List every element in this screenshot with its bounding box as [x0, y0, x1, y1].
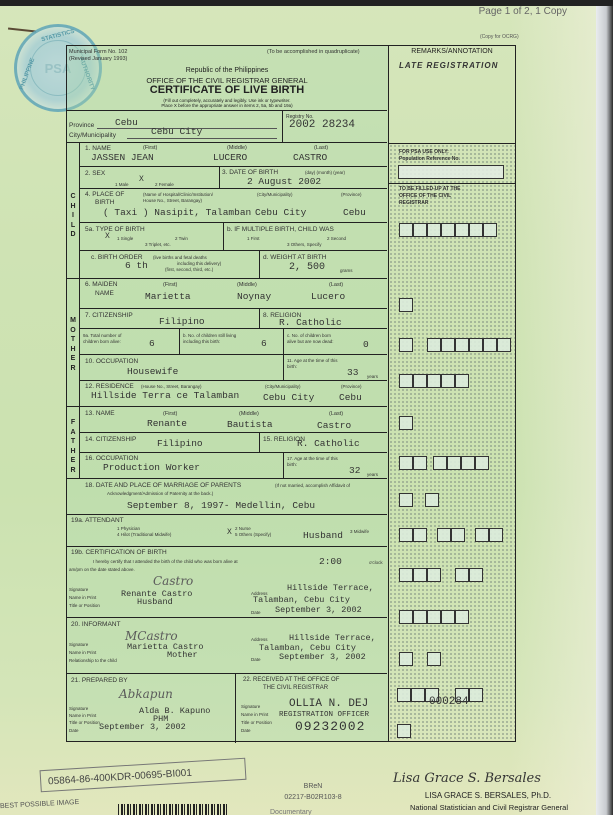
- psa-use-only-label: FOR PSA USE ONLY:: [399, 149, 449, 155]
- mother-last-name: Lucero: [311, 291, 345, 302]
- mother-occupation-label: 10. OCCUPATION: [85, 358, 138, 365]
- father-religion: R. Catholic: [297, 438, 360, 449]
- code-boxes: [397, 724, 411, 738]
- dead-label: c. No. of children born alive but are no…: [287, 333, 339, 345]
- pob-label: 4. PLACE OF: [85, 191, 124, 198]
- type-single: 1 Single: [117, 236, 133, 241]
- mother-residence-province: Cebu: [339, 392, 362, 403]
- copy-for-label: (Copy for OCRG): [480, 34, 519, 40]
- pob-label-2: BIRTH: [95, 199, 114, 206]
- residence-label: 12. RESIDENCE: [85, 383, 134, 390]
- attendant-others: 5 Others (Specify): [235, 532, 271, 537]
- middle-label: (Middle): [227, 145, 247, 151]
- pob-province-label: (Province): [341, 192, 362, 197]
- form-revised: (Revised January 1993): [69, 56, 127, 62]
- marriage-value: September 8, 1997- Medellin, Cebu: [127, 500, 315, 511]
- name-in-print-label: Name in Print: [69, 713, 96, 718]
- signature-label: Signature: [69, 706, 88, 711]
- informant-signature: MCastro: [125, 629, 178, 643]
- first-label: (First): [163, 411, 177, 417]
- mother-residence: Hillside Terra ce Talamban: [91, 390, 239, 401]
- certifier-signature: Castro: [153, 574, 193, 588]
- code-boxes: [399, 416, 413, 430]
- city-label: City/Municipality: [69, 132, 116, 139]
- multi-others: 3 Others, Specify: [287, 242, 322, 247]
- preparer-name: Alda B. Kapuno: [139, 706, 210, 716]
- mother-citizenship-label: 7. CITIZENSHIP: [85, 312, 133, 319]
- residence-sublabel: (House No., Street, Barangay): [141, 384, 202, 389]
- form-number: Municipal Form No. 102: [69, 49, 127, 55]
- code-boxes: [455, 568, 483, 582]
- father-first-name: Renante: [147, 418, 187, 429]
- fill-label-3: REGISTRAR: [399, 200, 428, 206]
- informant-address-1: Hillside Terrace,: [289, 633, 376, 643]
- informant-relationship: Mother: [167, 650, 198, 660]
- section-child-label: CHILD: [69, 192, 77, 240]
- code-boxes: [399, 568, 441, 582]
- residence-province-label: (Province): [341, 384, 362, 389]
- code-boxes: [399, 456, 427, 470]
- informant-label: 20. INFORMANT: [71, 621, 120, 628]
- date-label: Date: [241, 728, 251, 733]
- marriage-sublabel-2: Acknowledgment/Admission of Paternity at…: [107, 491, 213, 496]
- certifier-title: Husband: [137, 597, 173, 607]
- date-label: Date: [251, 657, 261, 662]
- sex-label: 2. SEX: [85, 170, 105, 177]
- pob-province: Cebu: [343, 207, 366, 218]
- father-occupation: Production Worker: [103, 462, 200, 473]
- certifier-address-2: Talamban, Cebu City: [253, 595, 350, 605]
- signature-label: Signature: [241, 704, 260, 709]
- certificate-form: Municipal Form No. 102 (Revised January …: [66, 45, 389, 742]
- province-value: Cebu: [115, 117, 138, 128]
- code-boxes: [475, 528, 503, 542]
- mother-age: 33: [347, 367, 358, 378]
- sex-mark: X: [139, 175, 144, 184]
- page-info: Page 1 of 2, 1 Copy: [479, 6, 567, 17]
- residence-city-label: (City/Municipality): [265, 384, 301, 389]
- province-label: Province: [69, 122, 94, 129]
- sex-female-option: 2 Female: [155, 182, 174, 187]
- birth-order-sub-1: (live births and fetal deaths: [153, 255, 207, 260]
- birth-order-sub-3: (first, second, third, etc.): [165, 267, 213, 272]
- relationship-label: Relationship to the child: [69, 658, 117, 663]
- code-boxes: [399, 652, 413, 666]
- pob-sub-2: House No., Street, Barangay): [143, 198, 202, 203]
- attendant-midwife: 3 Midwife: [350, 529, 369, 534]
- certification-date: September 3, 2002: [275, 605, 362, 615]
- bren-label: BReN: [283, 783, 343, 790]
- multi-second: 2 Second: [327, 236, 346, 241]
- father-citizenship-label: 14. CITIZENSHIP: [85, 436, 136, 443]
- middle-label: (Middle): [239, 411, 259, 417]
- sex-male-option: 1 Male: [115, 182, 129, 187]
- pob-sub-1: (Name of Hospital/Clinic/Institution/: [143, 192, 213, 197]
- quadruplicate-note: (To be accomplished in quadruplicate): [267, 49, 360, 55]
- page-edge: [596, 0, 613, 815]
- father-name-label: 13. NAME: [85, 410, 115, 417]
- mother-age-label: 11. Age at the time of this birth:: [287, 358, 343, 370]
- father-age-unit: years: [367, 472, 378, 477]
- date-label: Date: [251, 610, 261, 615]
- dob-sublabel: (day) (month) (year): [305, 170, 345, 175]
- maiden-name-label-2: NAME: [95, 290, 114, 297]
- documentary-label: Documentary: [270, 809, 312, 815]
- attendant-mark: X: [227, 528, 232, 537]
- pob-city-label: (City/Municipality): [257, 192, 293, 197]
- mother-first-name: Marietta: [145, 291, 191, 302]
- bren-number: 02217-B02R103-8: [263, 794, 363, 801]
- receiver-title: REGISTRATION OFFICER: [279, 711, 369, 719]
- mother-citizenship: Filipino: [159, 316, 205, 327]
- attendant-other-value: Husband: [303, 530, 343, 541]
- registry-number: 2002 28234: [289, 119, 355, 131]
- certification-text-2: am/pm on the date stated above.: [69, 567, 135, 572]
- barcode: [118, 804, 228, 815]
- document-title: CERTIFICATE OF LIVE BIRTH: [67, 84, 387, 96]
- type-of-birth-mark: X: [105, 232, 110, 241]
- population-ref-box: [398, 165, 504, 179]
- dob-value: 2 August 2002: [247, 176, 321, 187]
- weight-unit: grams: [340, 268, 353, 273]
- code-boxes: [399, 223, 497, 237]
- code-boxes: [425, 493, 439, 507]
- mother-age-unit: years: [367, 374, 378, 379]
- signature-label: Signature: [69, 642, 88, 647]
- born-alive-value: 6: [149, 338, 155, 349]
- nsa-signature: Lisa Grace S. Bersales: [393, 771, 541, 786]
- title-label: Title or Position: [69, 603, 100, 608]
- first-label: (First): [143, 145, 157, 151]
- prepared-date: September 3, 2002: [99, 722, 186, 732]
- dead-value: 0: [363, 339, 369, 350]
- received-date: 09232002: [295, 719, 365, 734]
- maiden-name-label: 6. MAIDEN: [85, 281, 118, 288]
- attendant-hilot: 4 Hilot (Traditional Midwife): [117, 532, 171, 537]
- code-boxes: [427, 338, 511, 352]
- code-boxes: [399, 298, 413, 312]
- mother-residence-city: Cebu City: [263, 392, 314, 403]
- informant-date: September 3, 2002: [279, 652, 366, 662]
- living-value: 6: [261, 338, 267, 349]
- dob-label: 3. DATE OF BIRTH: [222, 169, 278, 176]
- received-label: 22. RECEIVED AT THE OFFICE OF: [243, 677, 339, 683]
- child-name-label: 1. NAME: [85, 145, 111, 152]
- code-boxes: [399, 610, 469, 624]
- living-label: b. No. of children still living includin…: [183, 333, 239, 345]
- remarks-title: REMARKS/ANNOTATION: [389, 48, 515, 55]
- control-number: 000284: [429, 696, 469, 708]
- mother-religion: R. Catholic: [279, 317, 342, 328]
- father-age: 32: [349, 465, 360, 476]
- father-last-name: Castro: [317, 420, 351, 431]
- father-citizenship: Filipino: [157, 438, 203, 449]
- last-label: (Last): [329, 282, 343, 288]
- marriage-label: 18. DATE AND PLACE OF MARRIAGE OF PARENT…: [85, 482, 241, 489]
- mother-occupation: Housewife: [127, 366, 178, 377]
- republic-label: Republic of the Philippines: [67, 67, 387, 74]
- code-boxes: [399, 493, 413, 507]
- late-registration-stamp: LATE REGISTRATION: [399, 61, 498, 70]
- child-last-name: CASTRO: [293, 152, 327, 163]
- last-label: (Last): [314, 145, 328, 151]
- code-boxes: [399, 528, 427, 542]
- nsa-name: LISA GRACE S. BERSALES, Ph.D.: [393, 791, 583, 800]
- certifier-address-1: Hillside Terrace,: [287, 583, 374, 593]
- received-label-2: THE CIVIL REGISTRAR: [263, 685, 328, 691]
- last-label: (Last): [329, 411, 343, 417]
- nsa-title: National Statistician and Civil Registra…: [374, 803, 604, 812]
- instruction-2: Place X before the appropriate answer in…: [67, 103, 387, 108]
- receiver-name: OLLIA N. DEJ: [289, 698, 368, 710]
- preparer-signature: Abkapun: [119, 687, 173, 701]
- code-boxes: [399, 374, 469, 388]
- title-label: Title or Position: [241, 720, 272, 725]
- section-mother-label: MOTHER: [69, 316, 77, 373]
- oclock-label: o'clock: [369, 560, 383, 565]
- address-label: Address: [251, 637, 268, 642]
- child-first-name: JASSEN JEAN: [91, 152, 154, 163]
- weight-label: d. WEIGHT AT BIRTH: [263, 254, 326, 261]
- birth-order-value: 6 th: [125, 260, 148, 271]
- fill-label-2: OFFICE OF THE CIVIL: [399, 193, 451, 199]
- birth-time: 2:00: [319, 556, 342, 567]
- code-boxes: [433, 456, 489, 470]
- attendant-physician: 1 Physician: [117, 526, 140, 531]
- certification-label: 19b. CERTIFICATION OF BIRTH: [71, 549, 167, 556]
- fill-label-1: TO BE FILLED-UP AT THE: [399, 186, 460, 192]
- birth-order-sub-2: including this delivery): [177, 261, 221, 266]
- type-of-birth-label: 5a. TYPE OF BIRTH: [85, 226, 145, 233]
- certification-text: I hereby certify that I attended the bir…: [93, 559, 238, 564]
- title-label: Title or Position: [69, 720, 100, 725]
- pob-city: Cebu City: [255, 207, 306, 218]
- father-age-label: 17. Age at the time of this birth:: [287, 456, 343, 468]
- section-father-label: FATHER: [69, 418, 77, 475]
- name-in-print-label: Name in Print: [241, 712, 268, 717]
- code-boxes: [427, 652, 441, 666]
- father-middle-name: Bautista: [227, 419, 273, 430]
- date-label: Date: [69, 728, 79, 733]
- multiple-birth-label: b. IF MULTIPLE BIRTH, CHILD WAS: [227, 226, 334, 233]
- city-value: Cebu City: [151, 126, 202, 137]
- multi-first: 1 First: [247, 236, 260, 241]
- child-middle-name: LUCERO: [213, 152, 247, 163]
- code-boxes: [399, 338, 413, 352]
- weight-value: 2, 500: [289, 262, 325, 273]
- code-boxes: [437, 528, 465, 542]
- pob-place: ( Taxi ) Nasipit, Talamban: [103, 207, 251, 218]
- name-in-print-label: Name in Print: [69, 595, 96, 600]
- prepared-by-label: 21. PREPARED BY: [71, 677, 128, 684]
- attendant-label: 19a. ATTENDANT: [71, 517, 124, 524]
- signature-label: Signature: [69, 587, 88, 592]
- born-alive-label: 9a. Total number of children born alive:: [83, 333, 127, 345]
- marriage-sublabel: (If not married, accomplish Affidavit of: [275, 483, 350, 488]
- middle-label: (Middle): [237, 282, 257, 288]
- type-twin: 2 Twin: [175, 236, 188, 241]
- father-occupation-label: 16. OCCUPATION: [85, 455, 138, 462]
- first-label: (First): [163, 282, 177, 288]
- population-ref-label: Population Reference No.: [399, 156, 460, 162]
- remarks-column: REMARKS/ANNOTATION LATE REGISTRATION FOR…: [389, 45, 516, 742]
- type-triplet: 3 Triplet, etc.: [145, 242, 171, 247]
- mother-middle-name: Noynay: [237, 291, 271, 302]
- name-in-print-label: Name in Print: [69, 650, 96, 655]
- attendant-nurse: 2 Nurse: [235, 526, 251, 531]
